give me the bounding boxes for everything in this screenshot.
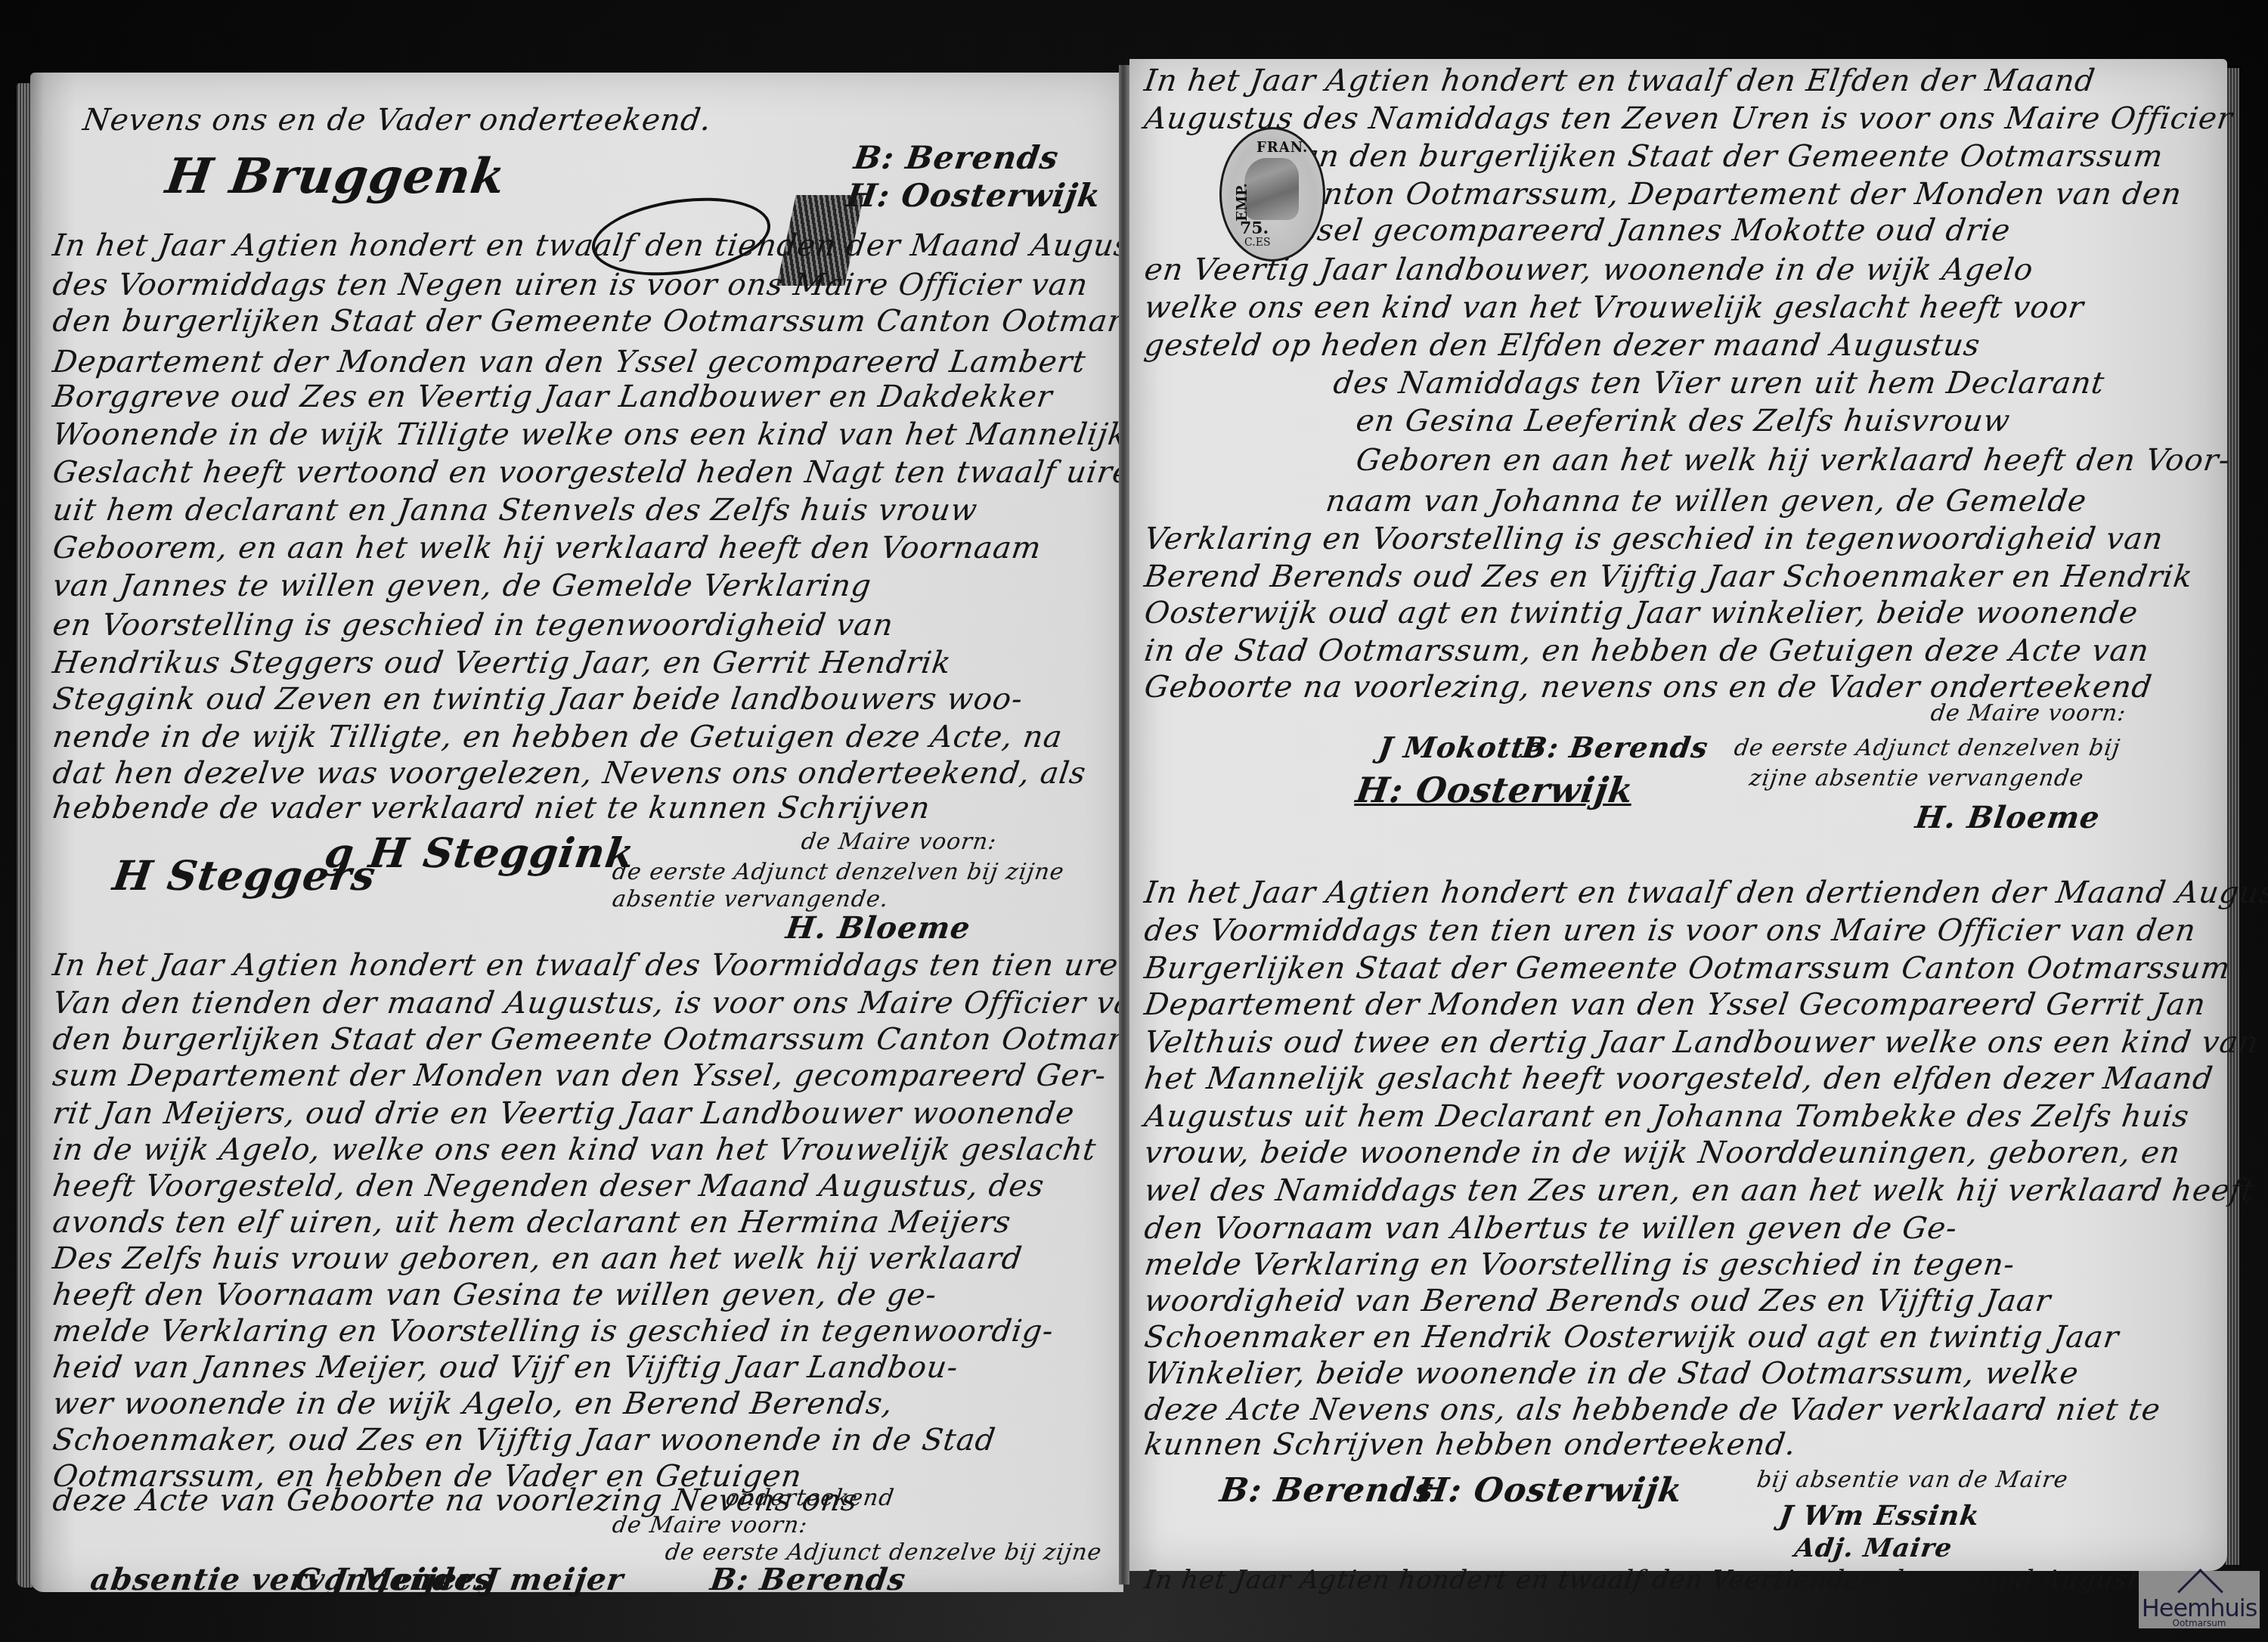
logo-subtitle: Ootmarsum	[2139, 1618, 2260, 1628]
text-line: hebbende de vader verklaard niet te kunn…	[51, 791, 933, 826]
left-page-text: Nevens ons en de Vader onderteekend. H B…	[30, 73, 1123, 1592]
text-line: Des Zelfs huis vrouw geboren, en aan het…	[51, 1241, 1024, 1276]
text-line: heid van Jannes Meijer, oud Vijf en Vijf…	[51, 1350, 961, 1385]
text-line: Departement der Monden van den Yssel Gec…	[1142, 987, 2208, 1022]
text-line: Departement der Monden van den Yssel gec…	[51, 345, 1089, 380]
text-line: des Voormiddags ten Negen uiren is voor …	[51, 268, 1091, 302]
text-line: Hendrikus Steggers oud Veertig Jaar, en …	[51, 646, 954, 680]
text-line: onderteekend	[724, 1485, 897, 1511]
text-line: Borggreve oud Zes en Veertig Jaar Landbo…	[51, 380, 1055, 414]
left-page: Nevens ons en de Vader onderteekend. H B…	[30, 73, 1123, 1592]
signature: J Wm Essink	[1777, 1500, 1981, 1532]
text-line: Steggink oud Zeven en twintig Jaar beide…	[51, 682, 1025, 717]
signature: J meijer	[482, 1562, 626, 1597]
text-line: Van den tienden der maand Augustus, is v…	[51, 986, 1156, 1021]
signature: H: Oosterwijk	[844, 177, 1104, 214]
signature: H: Oosterwijk	[1414, 1471, 1684, 1510]
stamp-value: 75.	[1240, 218, 1269, 238]
text-line: den burgerlijken Staat der Gemeente Ootm…	[51, 1022, 1153, 1057]
text-line: Geboren en aan het welk hij verklaard he…	[1354, 443, 2232, 478]
text-line: Verklaring en Voorstelling is geschied i…	[1142, 522, 2166, 556]
text-line: In het Jaar Agtien hondert en twaalf den…	[1142, 1565, 2172, 1595]
signature: H. Bloeme	[1913, 800, 2102, 835]
signature: g H Steggink	[322, 829, 638, 877]
text-line: de Maire voorn:	[611, 1512, 810, 1538]
text-line: en Voorstelling is geschied in tegenwoor…	[51, 608, 896, 643]
text-line: rit Jan Meijers, oud drie en Veertig Jaa…	[51, 1096, 1077, 1131]
french-empire-tax-stamp: FRAN. EMP. 75. C.ES	[1219, 127, 1325, 262]
text-line: dat hen dezelve was voorgelezen, Nevens …	[51, 756, 1089, 791]
text-line: Winkelier, beide woonende in de Stad Oot…	[1142, 1356, 2081, 1391]
text-line: het Mannelijk geslacht heeft voorgesteld…	[1142, 1061, 2216, 1096]
text-line: Canton Ootmarssum, Departement der Monde…	[1278, 177, 2184, 212]
text-line: den burgerlijken Staat der Gemeente Ootm…	[51, 304, 1207, 339]
text-line: de Maire voorn:	[800, 829, 999, 855]
heemhuis-watermark-logo: Heemhuis Ootmarsum	[2139, 1571, 2260, 1628]
signature: B: Berends	[852, 139, 1061, 176]
text-line: den Voornaam van Albertus te willen geve…	[1142, 1211, 1960, 1246]
text-line: Augustus uit hem Declarant en Johanna To…	[1142, 1099, 2192, 1134]
text-line: in de Stad Ootmarssum, en hebben de Getu…	[1142, 634, 2152, 668]
text-line: Berend Berends oud Zes en Vijftig Jaar S…	[1142, 559, 2195, 594]
text-line: Yssel gecompareerd Jannes Mokotte oud dr…	[1278, 213, 2013, 248]
text-line: Burgerlijken Staat der Gemeente Ootmarss…	[1142, 951, 2232, 986]
text-line: Schoenmaker en Hendrik Oosterwijk oud ag…	[1142, 1320, 2121, 1355]
seated-figure-icon	[1244, 158, 1299, 220]
signature: H. Bloeme	[784, 910, 973, 946]
text-line: melde Verklaring en Voorstelling is gesc…	[51, 1314, 1056, 1349]
signature: Adj. Maire	[1792, 1533, 1954, 1563]
text-line: In het Jaar Agtien hondert en twaalf den…	[1142, 875, 2268, 910]
text-line: nende in de wijk Tilligte, en hebben de …	[51, 720, 1065, 754]
signature: H Bruggenk	[163, 148, 510, 205]
text-line: de Maire voorn:	[1929, 700, 2128, 727]
text-line: zijne absentie vervangende	[1748, 765, 2086, 792]
text-line: bij absentie van de Maire	[1755, 1467, 2071, 1493]
text-line: woordigheid van Berend Berends oud Zes e…	[1142, 1284, 2053, 1318]
text-line: wer woonende in de wijk Agelo, en Berend…	[51, 1386, 895, 1421]
text-line: deze Acte Nevens ons, als hebbende de Va…	[1142, 1393, 2163, 1427]
text-line: In het Jaar Agtien hondert en twaalf des…	[51, 948, 1142, 983]
signature: H: Oosterwijk	[1353, 770, 1636, 810]
text-line: gesteld op heden den Elfden dezer maand …	[1142, 328, 1982, 363]
text-line: Augustus des Namiddags ten Zeven Uren is…	[1142, 101, 2235, 136]
book-edge-right	[2226, 68, 2239, 1565]
book-gutter	[1119, 65, 1129, 1585]
text-line: Nevens ons en de Vader onderteekend.	[81, 103, 714, 138]
text-line: vrouw, beide woonende in de wijk Noordde…	[1142, 1135, 2183, 1170]
text-line: wel des Namiddags ten Zes uren, en aan h…	[1142, 1173, 2257, 1208]
text-line: en Gesina Leeferink des Zelfs huisvrouw	[1354, 404, 2012, 438]
text-line: Geboorem, en aan het welk hij verklaard …	[51, 531, 1044, 565]
text-line: absentie vervangende.	[611, 886, 891, 912]
text-line: heeft Voorgesteld, den Negenden deser Ma…	[51, 1169, 1046, 1204]
text-line: Schoenmaker, oud Zes en Vijftig Jaar woo…	[51, 1423, 998, 1458]
text-line: welke ons een kind van het Vrouwelijk ge…	[1142, 290, 2087, 325]
text-line: sum Departement der Monden van den Yssel…	[51, 1058, 1109, 1093]
text-line: van Jannes te willen geven, de Gemelde V…	[51, 569, 874, 603]
text-line: In het Jaar Agtien hondert en twaalf den…	[1142, 64, 2098, 98]
stamp-top-text: FRAN.	[1256, 140, 1308, 156]
text-line: kunnen Schrijven hebben onderteekend.	[1142, 1427, 1799, 1462]
text-line: uit hem declarant en Janna Stenvels des …	[51, 493, 980, 528]
text-line: Van den burgerlijken Staat der Gemeente …	[1278, 139, 2166, 174]
text-line: avonds ten elf uiren, uit hem declarant …	[51, 1205, 1014, 1240]
text-line: In het Jaar Agtien hondert en twaalf den…	[51, 228, 1182, 263]
text-line: Woonende in de wijk Tilligte welke ons e…	[51, 417, 1130, 452]
text-line: des Voormiddags ten tien uren is voor on…	[1142, 913, 2198, 948]
text-line: Oosterwijk oud agt en twintig Jaar winke…	[1142, 596, 2140, 630]
signature: B: Berends	[1520, 730, 1711, 764]
stamp-side-text: EMP.	[1235, 183, 1250, 221]
text-line: naam van Johanna te willen geven, de Gem…	[1324, 484, 2090, 519]
signature: B: Berends	[708, 1562, 908, 1597]
text-line: de eerste Adjunct denzelven bij zijne	[611, 859, 1067, 885]
right-page: In het Jaar Agtien hondert en twaalf den…	[1129, 59, 2227, 1571]
text-line: Velthuis oud twee en dertig Jaar Landbou…	[1142, 1025, 2261, 1060]
text-line: heeft den Voornaam van Gesina te willen …	[51, 1278, 939, 1312]
stamp-unit: C.ES	[1244, 237, 1270, 249]
text-line: in de wijk Agelo, welke ons een kind van…	[51, 1132, 1098, 1167]
text-line: des Namiddags ten Vier uren uit hem Decl…	[1331, 366, 2107, 401]
text-line: melde Verklaring en Voorstelling is gesc…	[1142, 1247, 2017, 1282]
signature: B: Berends	[1217, 1471, 1436, 1510]
right-page-text: In het Jaar Agtien hondert en twaalf den…	[1129, 59, 2227, 1571]
text-line: Geslacht heeft vertoond en voorgesteld h…	[51, 455, 1154, 490]
text-line: de eerste Adjunct denzelven bij	[1733, 735, 2122, 761]
signature: G J Meijers	[293, 1562, 494, 1597]
